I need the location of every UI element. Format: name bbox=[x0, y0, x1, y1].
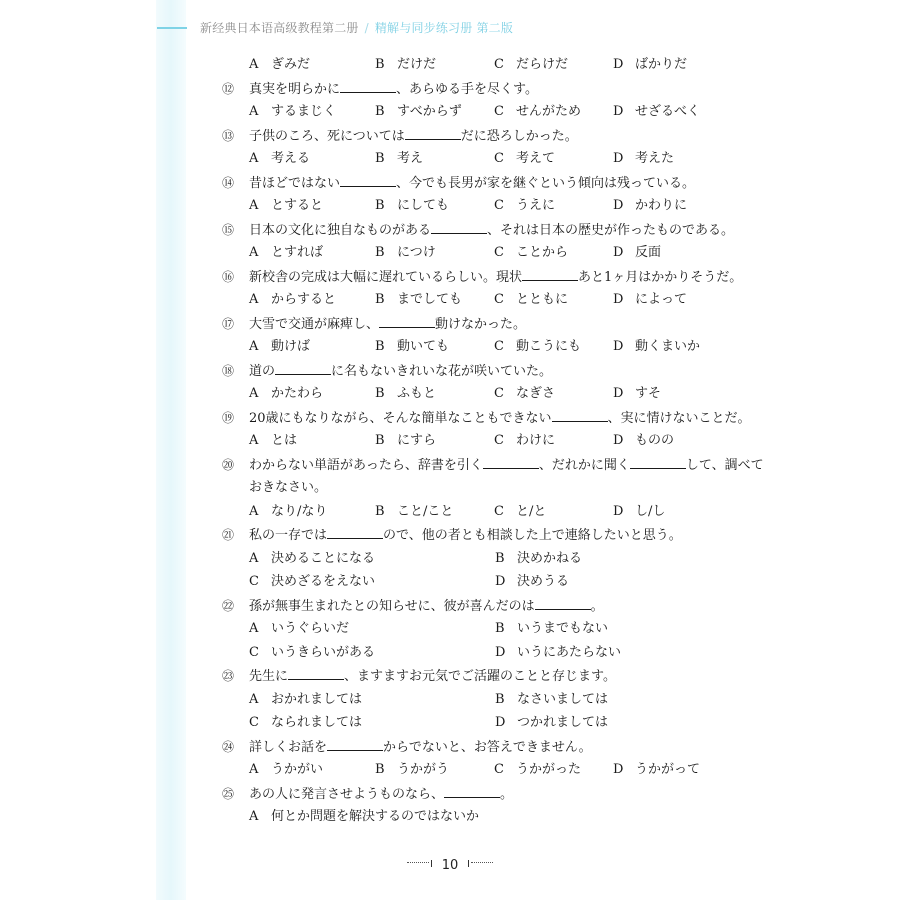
answer-option: Aとすれば bbox=[249, 243, 323, 263]
option-text: 考える bbox=[271, 151, 310, 166]
answer-option: Dし/し bbox=[613, 502, 665, 522]
answer-option: D反面 bbox=[613, 243, 661, 263]
answer-option: D決めうる bbox=[495, 572, 569, 592]
options-row: AおかれましてはBなさいましては bbox=[0, 690, 900, 710]
answer-option: Aからすると bbox=[249, 290, 336, 310]
question-text-part: 詳しくお話を bbox=[249, 740, 327, 755]
footer-dotted-rule-left bbox=[407, 862, 429, 863]
question-stem: ⑲20歳にもなりながら、そんな簡単なこともできない、実に情けないことだ。 bbox=[0, 408, 900, 428]
answer-option: Cなられましては bbox=[249, 713, 362, 733]
option-letter: C bbox=[494, 149, 516, 169]
question-text-part: わからない単語があったら、辞書を引く bbox=[249, 458, 483, 473]
header-separator: / bbox=[365, 21, 369, 35]
option-letter: D bbox=[613, 196, 635, 216]
option-text: なさいましては bbox=[517, 692, 608, 707]
question-text-part: 。 bbox=[591, 599, 604, 614]
option-text: なぎさ bbox=[516, 386, 555, 401]
option-letter: B bbox=[375, 760, 397, 780]
answer-option: Bにしても bbox=[375, 196, 449, 216]
question-number: ⑲ bbox=[219, 408, 237, 428]
option-text: うかがい bbox=[271, 762, 323, 777]
answer-blank bbox=[327, 525, 383, 539]
question-stem: ⑯新校舎の完成は大幅に遅れているらしい。現状あと1ヶ月はかかりそうだ。 bbox=[0, 267, 900, 287]
option-letter: D bbox=[613, 102, 635, 122]
option-letter: A bbox=[249, 549, 271, 569]
answer-option: Bなさいましては bbox=[495, 690, 608, 710]
options-row: AうかがいBうかがうCうかがったDうかがって bbox=[0, 760, 900, 780]
question-stem: ⑫真実を明らかに、あらゆる手を尽くす。 bbox=[0, 79, 900, 99]
question-stem: ⑱道のに名もないきれいな花が咲いていた。 bbox=[0, 361, 900, 381]
answer-option: Dつかれましては bbox=[495, 713, 608, 733]
question-text-part: 、ますますお元気でご活躍のことと存じます。 bbox=[344, 669, 616, 684]
answer-blank bbox=[379, 314, 435, 328]
option-text: うかがって bbox=[635, 762, 700, 777]
option-text: いうまでもない bbox=[517, 621, 608, 636]
option-text: わけに bbox=[516, 433, 555, 448]
answer-option: B決めかねる bbox=[495, 549, 582, 569]
option-text: にしても bbox=[397, 198, 449, 213]
question-number: ⑳ bbox=[219, 455, 237, 475]
option-letter: C bbox=[494, 243, 516, 263]
question-number: ⑫ bbox=[219, 79, 237, 99]
option-letter: B bbox=[495, 619, 517, 639]
question-text-part: 子供のころ、死については bbox=[249, 129, 405, 144]
option-letter: A bbox=[249, 384, 271, 404]
options-row: Aなり/なりBこと/ことCと/とDし/し bbox=[0, 502, 900, 522]
answer-option: A考える bbox=[249, 149, 310, 169]
question-number: ㉑ bbox=[219, 525, 237, 545]
option-letter: C bbox=[494, 760, 516, 780]
option-letter: B bbox=[375, 290, 397, 310]
answer-blank bbox=[275, 361, 331, 375]
answer-option: B考え bbox=[375, 149, 423, 169]
question-text: 昔ほどではない、今でも長男が家を継ぐという傾向は残っている。 bbox=[249, 173, 695, 194]
option-letter: A bbox=[249, 337, 271, 357]
option-letter: D bbox=[613, 55, 635, 75]
options-row: A何とか問題を解決するのではないか bbox=[0, 807, 900, 827]
options-row: AとすればBにつけCことからD反面 bbox=[0, 243, 900, 263]
answer-option: A動けば bbox=[249, 337, 310, 357]
option-text: こと/こと bbox=[397, 504, 453, 519]
option-text: 考えて bbox=[516, 151, 555, 166]
answer-option: Dによって bbox=[613, 290, 687, 310]
option-text: うえに bbox=[516, 198, 555, 213]
question-text-part: 、それは日本の歴史が作ったものである。 bbox=[487, 223, 734, 238]
question-text-part: 真実を明らかに bbox=[249, 82, 340, 97]
question-number: ㉒ bbox=[219, 596, 237, 616]
footer-dotted-rule-right bbox=[471, 862, 493, 863]
question-text: 孫が無事生まれたとの知らせに、彼が喜んだのは。 bbox=[249, 596, 604, 617]
options-row: AかたわらBふもとCなぎさDすそ bbox=[0, 384, 900, 404]
answer-option: C動こうにも bbox=[494, 337, 581, 357]
option-letter: B bbox=[495, 549, 517, 569]
options-row: A考えるB考えC考えてD考えた bbox=[0, 149, 900, 169]
answer-option: Dかわりに bbox=[613, 196, 687, 216]
question-number: ⑯ bbox=[219, 267, 237, 287]
question-text-part: からでないと、お答えできません。 bbox=[383, 740, 592, 755]
answer-option: Cと/と bbox=[494, 502, 546, 522]
options-row: CいうきらいがあるDいうにあたらない bbox=[0, 643, 900, 663]
option-text: いうにあたらない bbox=[517, 645, 621, 660]
option-text: だけだ bbox=[397, 57, 436, 72]
question-number: ㉓ bbox=[219, 666, 237, 686]
book-subtitle: 精解与同步练习册 第二版 bbox=[375, 21, 513, 35]
answer-option: Dせざるべく bbox=[613, 102, 700, 122]
options-row: AとはBにすらCわけにDものの bbox=[0, 431, 900, 451]
option-text: うかがった bbox=[516, 762, 581, 777]
option-letter: B bbox=[375, 502, 397, 522]
question-number: ㉔ bbox=[219, 737, 237, 757]
option-text: せんがため bbox=[516, 104, 581, 119]
option-text: 考え bbox=[397, 151, 423, 166]
question-text: あの人に発言させようものなら、。 bbox=[249, 784, 513, 805]
question-text-part: 先生に bbox=[249, 669, 288, 684]
answer-option: D動くまいか bbox=[613, 337, 700, 357]
answer-option: Bまでしても bbox=[375, 290, 462, 310]
question-text-part: 道の bbox=[249, 364, 275, 379]
question-stem: ㉕あの人に発言させようものなら、。 bbox=[0, 784, 900, 804]
question-stem: ㉔詳しくお話をからでないと、お答えできません。 bbox=[0, 737, 900, 757]
option-text: ものの bbox=[635, 433, 674, 448]
question-text-part: 、だれかに聞く bbox=[539, 458, 630, 473]
question-stem: ㉑私の一存ではので、他の者とも相談した上で連絡したいと思う。 bbox=[0, 525, 900, 545]
option-letter: D bbox=[613, 149, 635, 169]
option-letter: A bbox=[249, 149, 271, 169]
page-number: 10 bbox=[442, 858, 459, 873]
option-letter: C bbox=[494, 196, 516, 216]
question-text-part: あの人に発言させようものなら、 bbox=[249, 787, 444, 802]
question-text: 新校舎の完成は大幅に遅れているらしい。現状あと1ヶ月はかかりそうだ。 bbox=[249, 267, 742, 288]
answer-option: Bうかがう bbox=[375, 760, 449, 780]
option-text: 動いても bbox=[397, 339, 449, 354]
question-text-part: 孫が無事生まれたとの知らせに、彼が喜んだのは bbox=[249, 599, 535, 614]
answer-option: Aかたわら bbox=[249, 384, 323, 404]
answer-option: Dうかがって bbox=[613, 760, 700, 780]
option-letter: B bbox=[375, 55, 397, 75]
answer-option: Bこと/こと bbox=[375, 502, 453, 522]
option-text: 決めかねる bbox=[517, 551, 582, 566]
option-letter: D bbox=[613, 502, 635, 522]
option-text: と/と bbox=[516, 504, 546, 519]
option-text: にすら bbox=[397, 433, 436, 448]
option-text: からすると bbox=[271, 292, 336, 307]
answer-blank bbox=[288, 666, 344, 680]
answer-blank bbox=[444, 784, 500, 798]
option-text: だらけだ bbox=[516, 57, 568, 72]
question-stem: ⑮日本の文化に独自なものがある、それは日本の歴史が作ったものである。 bbox=[0, 220, 900, 240]
question-text-part: して、調べて bbox=[686, 458, 764, 473]
answer-option: Aぎみだ bbox=[249, 55, 310, 75]
option-text: とすれば bbox=[271, 245, 323, 260]
option-text: ぎみだ bbox=[271, 57, 310, 72]
answer-option: Cだらけだ bbox=[494, 55, 568, 75]
option-text: までしても bbox=[397, 292, 462, 307]
answer-option: Cわけに bbox=[494, 431, 555, 451]
answer-blank bbox=[431, 220, 487, 234]
answer-option: Bいうまでもない bbox=[495, 619, 608, 639]
option-text: すべからず bbox=[397, 104, 462, 119]
option-letter: D bbox=[495, 643, 517, 663]
answer-option: Aなり/なり bbox=[249, 502, 327, 522]
answer-blank bbox=[630, 455, 686, 469]
answer-option: Aうかがい bbox=[249, 760, 323, 780]
option-letter: C bbox=[494, 337, 516, 357]
answer-option: Bすべからず bbox=[375, 102, 462, 122]
option-letter: A bbox=[249, 690, 271, 710]
question-text-part: ので、他の者とも相談した上で連絡したいと思う。 bbox=[383, 528, 682, 543]
option-text: せざるべく bbox=[635, 104, 700, 119]
answer-option: C決めざるをえない bbox=[249, 572, 375, 592]
question-text-part: あと1ヶ月はかかりそうだ。 bbox=[578, 270, 742, 285]
option-letter: B bbox=[375, 431, 397, 451]
answer-option: Dばかりだ bbox=[613, 55, 687, 75]
option-text: 何とか問題を解決するのではないか bbox=[271, 809, 479, 824]
question-number: ⑭ bbox=[219, 173, 237, 193]
option-letter: A bbox=[249, 102, 271, 122]
question-text: 真実を明らかに、あらゆる手を尽くす。 bbox=[249, 79, 538, 100]
option-letter: D bbox=[613, 337, 635, 357]
question-stem: ㉒孫が無事生まれたとの知らせに、彼が喜んだのは。 bbox=[0, 596, 900, 616]
question-text-continuation: おきなさい。 bbox=[249, 478, 327, 498]
option-letter: A bbox=[249, 196, 271, 216]
option-text: ふもと bbox=[397, 386, 436, 401]
option-letter: B bbox=[375, 196, 397, 216]
book-title: 新经典日本语高级教程第二册 bbox=[200, 21, 359, 35]
question-text-part: に名もないきれいな花が咲いていた。 bbox=[331, 364, 552, 379]
option-text: 反面 bbox=[635, 245, 661, 260]
options-row: CなられましてはDつかれましては bbox=[0, 713, 900, 733]
option-text: いうぐらいだ bbox=[271, 621, 349, 636]
option-text: 決めることになる bbox=[271, 551, 375, 566]
question-stem: ⑬子供のころ、死についてはだに恐ろしかった。 bbox=[0, 126, 900, 146]
question-text-part: 、今でも長男が家を継ぐという傾向は残っている。 bbox=[396, 176, 695, 191]
options-row: AするまじくBすべからずCせんがためDせざるべく bbox=[0, 102, 900, 122]
question-text-part: 大雪で交通が麻痺し、 bbox=[249, 317, 379, 332]
question-text: 日本の文化に独自なものがある、それは日本の歴史が作ったものである。 bbox=[249, 220, 734, 241]
option-letter: B bbox=[375, 337, 397, 357]
question-text-part: 。 bbox=[500, 787, 513, 802]
question-text: 子供のころ、死についてはだに恐ろしかった。 bbox=[249, 126, 578, 147]
question-stem: ⑳わからない単語があったら、辞書を引く、だれかに聞くして、調べて bbox=[0, 455, 900, 475]
question-text: 道のに名もないきれいな花が咲いていた。 bbox=[249, 361, 552, 382]
question-number: ⑮ bbox=[219, 220, 237, 240]
option-letter: D bbox=[613, 431, 635, 451]
question-number: ⑰ bbox=[219, 314, 237, 334]
option-text: とすると bbox=[271, 198, 323, 213]
question-text: わからない単語があったら、辞書を引く、だれかに聞くして、調べて bbox=[249, 455, 764, 476]
options-row: AからするとBまでしてもCとともにDによって bbox=[0, 290, 900, 310]
option-letter: C bbox=[494, 431, 516, 451]
option-letter: B bbox=[375, 149, 397, 169]
document-page: 新经典日本语高级教程第二册/精解与同步练习册 第二版 AぎみだBだけだCだらけだ… bbox=[0, 0, 900, 900]
option-letter: A bbox=[249, 807, 271, 827]
answer-option: Aとすると bbox=[249, 196, 323, 216]
question-stem: ⑭昔ほどではない、今でも長男が家を継ぐという傾向は残っている。 bbox=[0, 173, 900, 193]
question-text-part: 私の一存では bbox=[249, 528, 327, 543]
option-text: につけ bbox=[397, 245, 436, 260]
options-row: A決めることになるB決めかねる bbox=[0, 549, 900, 569]
option-letter: C bbox=[494, 102, 516, 122]
option-text: 動こうにも bbox=[516, 339, 581, 354]
option-text: とは bbox=[271, 433, 297, 448]
option-letter: C bbox=[494, 290, 516, 310]
option-letter: A bbox=[249, 290, 271, 310]
option-letter: B bbox=[375, 102, 397, 122]
answer-option: Bふもと bbox=[375, 384, 436, 404]
answer-option: B動いても bbox=[375, 337, 449, 357]
option-letter: C bbox=[494, 384, 516, 404]
question-text-part: 日本の文化に独自なものがある bbox=[249, 223, 431, 238]
option-letter: D bbox=[613, 243, 635, 263]
answer-option: C考えて bbox=[494, 149, 555, 169]
answer-option: Cとともに bbox=[494, 290, 568, 310]
options-row: AぎみだBだけだCだらけだDばかりだ bbox=[0, 55, 900, 75]
option-letter: A bbox=[249, 619, 271, 639]
options-row: AいうぐらいだBいうまでもない bbox=[0, 619, 900, 639]
option-letter: A bbox=[249, 243, 271, 263]
question-text-part: 新校舎の完成は大幅に遅れているらしい。現状 bbox=[249, 270, 522, 285]
answer-option: Cうえに bbox=[494, 196, 555, 216]
answer-option: Cうかがった bbox=[494, 760, 581, 780]
answer-option: Dいうにあたらない bbox=[495, 643, 621, 663]
option-letter: C bbox=[494, 502, 516, 522]
answer-blank bbox=[522, 267, 578, 281]
options-row: A動けばB動いてもC動こうにもD動くまいか bbox=[0, 337, 900, 357]
option-text: 決めざるをえない bbox=[271, 574, 375, 589]
answer-option: Aするまじく bbox=[249, 102, 336, 122]
answer-option: A決めることになる bbox=[249, 549, 375, 569]
answer-option: Aいうぐらいだ bbox=[249, 619, 349, 639]
option-text: かわりに bbox=[635, 198, 687, 213]
question-stem: ㉓先生に、ますますお元気でご活躍のことと存じます。 bbox=[0, 666, 900, 686]
question-stem-continuation: おきなさい。 bbox=[0, 478, 900, 498]
option-letter: D bbox=[495, 572, 517, 592]
answer-blank bbox=[483, 455, 539, 469]
option-text: かたわら bbox=[271, 386, 323, 401]
running-header: 新经典日本语高级教程第二册/精解与同步练习册 第二版 bbox=[200, 19, 513, 36]
question-text-part: だに恐ろしかった。 bbox=[461, 129, 578, 144]
option-text: するまじく bbox=[271, 104, 336, 119]
option-letter: B bbox=[375, 384, 397, 404]
answer-option: Aおかれましては bbox=[249, 690, 362, 710]
option-text: ばかりだ bbox=[635, 57, 687, 72]
question-text-part: 動けなかった。 bbox=[435, 317, 526, 332]
answer-blank bbox=[340, 79, 396, 93]
option-letter: A bbox=[249, 431, 271, 451]
option-text: 動くまいか bbox=[635, 339, 700, 354]
option-text: おかれましては bbox=[271, 692, 362, 707]
option-text: なられましては bbox=[271, 715, 362, 730]
option-text: つかれましては bbox=[517, 715, 608, 730]
question-text: 詳しくお話をからでないと、お答えできません。 bbox=[249, 737, 592, 758]
option-letter: A bbox=[249, 55, 271, 75]
question-number: ⑱ bbox=[219, 361, 237, 381]
options-row: AとするとBにしてもCうえにDかわりに bbox=[0, 196, 900, 216]
option-letter: D bbox=[613, 384, 635, 404]
option-letter: C bbox=[494, 55, 516, 75]
option-letter: B bbox=[495, 690, 517, 710]
question-text: 20歳にもなりながら、そんな簡単なこともできない、実に情けないことだ。 bbox=[249, 408, 751, 429]
answer-option: Bにすら bbox=[375, 431, 436, 451]
question-text: 大雪で交通が麻痺し、動けなかった。 bbox=[249, 314, 526, 335]
answer-blank bbox=[535, 596, 591, 610]
question-text-part: 、実に情けないことだ。 bbox=[608, 411, 751, 426]
answer-blank bbox=[340, 173, 396, 187]
option-letter: C bbox=[249, 643, 271, 663]
answer-option: Cなぎさ bbox=[494, 384, 555, 404]
page-footer: 10 bbox=[0, 858, 900, 873]
question-number: ㉕ bbox=[219, 784, 237, 804]
option-letter: D bbox=[613, 760, 635, 780]
option-text: うかがう bbox=[397, 762, 449, 777]
question-text-part: 、あらゆる手を尽くす。 bbox=[396, 82, 538, 97]
option-text: し/し bbox=[635, 504, 665, 519]
option-text: とともに bbox=[516, 292, 568, 307]
option-text: ことから bbox=[516, 245, 568, 260]
answer-blank bbox=[327, 737, 383, 751]
answer-option: Cせんがため bbox=[494, 102, 581, 122]
question-text-part: 昔ほどではない bbox=[249, 176, 340, 191]
options-row: C決めざるをえないD決めうる bbox=[0, 572, 900, 592]
answer-option: Aとは bbox=[249, 431, 297, 451]
option-text: 決めうる bbox=[517, 574, 569, 589]
answer-option: A何とか問題を解決するのではないか bbox=[249, 807, 479, 827]
answer-option: Cことから bbox=[494, 243, 568, 263]
answer-option: Bだけだ bbox=[375, 55, 436, 75]
answer-option: Dすそ bbox=[613, 384, 661, 404]
question-text: 先生に、ますますお元気でご活躍のことと存じます。 bbox=[249, 666, 616, 687]
option-letter: D bbox=[495, 713, 517, 733]
question-number: ⑬ bbox=[219, 126, 237, 146]
option-letter: B bbox=[375, 243, 397, 263]
footer-tick-left bbox=[431, 860, 432, 867]
option-letter: A bbox=[249, 502, 271, 522]
answer-option: Cいうきらいがある bbox=[249, 643, 375, 663]
answer-blank bbox=[405, 126, 461, 140]
question-text-part: 20歳にもなりながら、そんな簡単なこともできない bbox=[249, 411, 552, 426]
answer-option: Dものの bbox=[613, 431, 674, 451]
option-letter: C bbox=[249, 713, 271, 733]
answer-option: D考えた bbox=[613, 149, 674, 169]
answer-option: Bにつけ bbox=[375, 243, 436, 263]
option-text: 考えた bbox=[635, 151, 674, 166]
option-letter: D bbox=[613, 290, 635, 310]
option-text: なり/なり bbox=[271, 504, 327, 519]
answer-blank bbox=[552, 408, 608, 422]
option-text: いうきらいがある bbox=[271, 645, 375, 660]
question-text: 私の一存ではので、他の者とも相談した上で連絡したいと思う。 bbox=[249, 525, 682, 546]
option-text: すそ bbox=[635, 386, 661, 401]
option-letter: C bbox=[249, 572, 271, 592]
option-text: によって bbox=[635, 292, 687, 307]
option-text: 動けば bbox=[271, 339, 310, 354]
header-accent-rule bbox=[157, 27, 187, 29]
question-stem: ⑰大雪で交通が麻痺し、動けなかった。 bbox=[0, 314, 900, 334]
option-letter: A bbox=[249, 760, 271, 780]
footer-tick-right bbox=[468, 860, 469, 867]
